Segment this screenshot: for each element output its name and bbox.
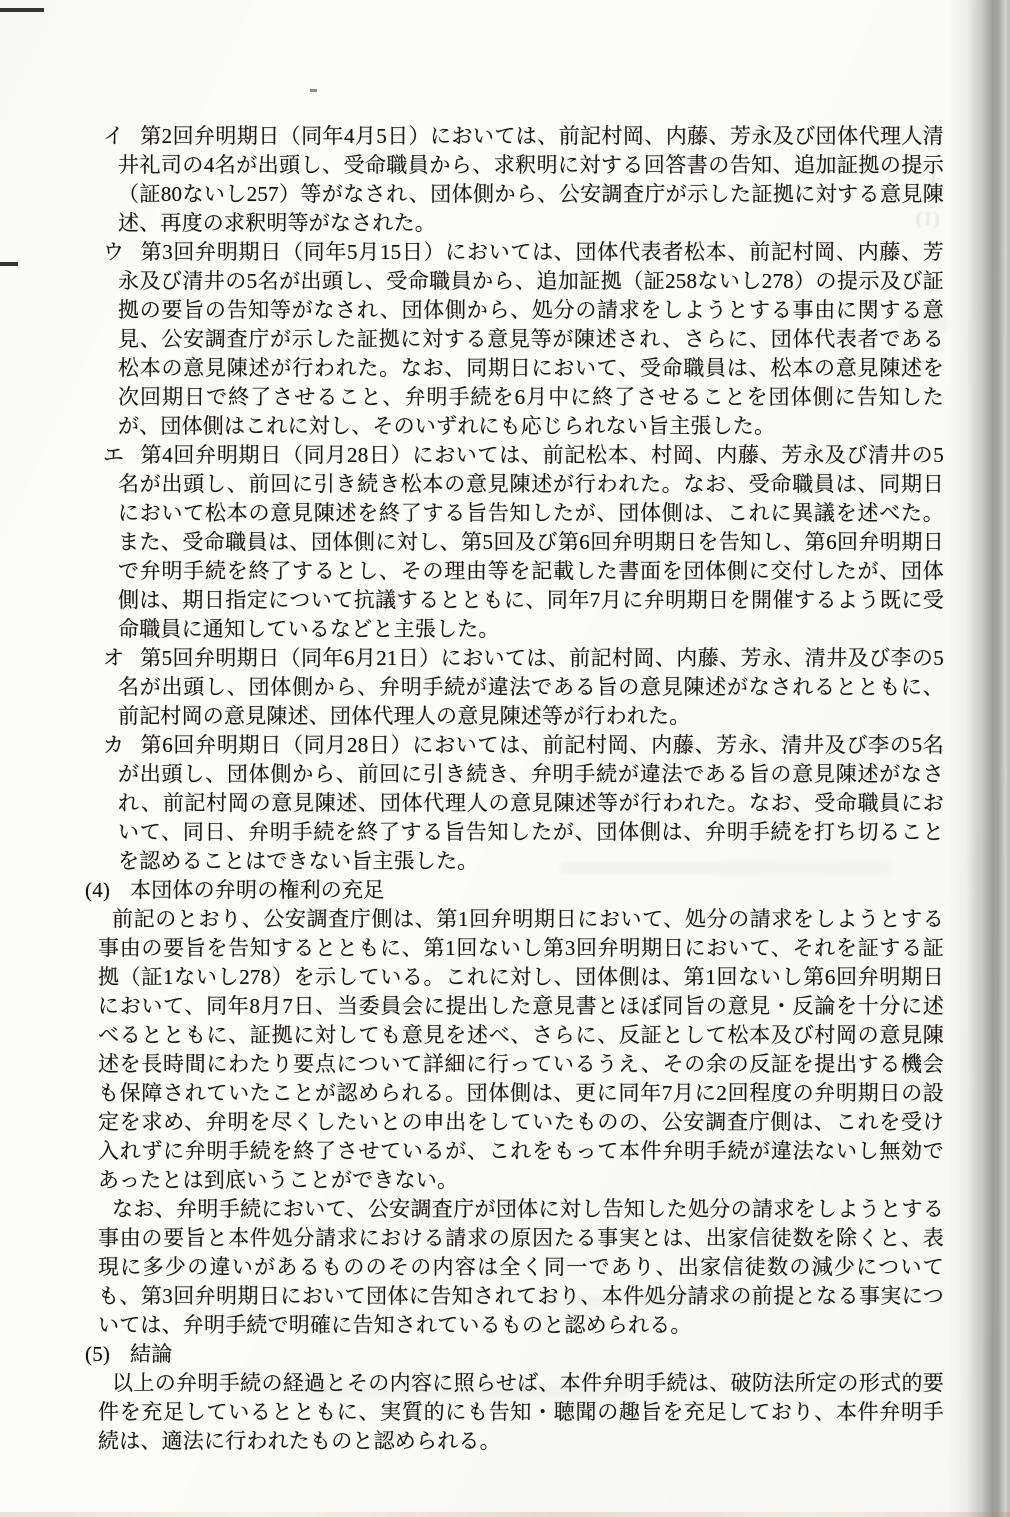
section-marker: (5) — [85, 1340, 130, 1369]
scan-artifact-dash — [0, 8, 44, 12]
document-text-column: イ第2回弁明期日（同年4月5日）においては、前記村岡、内藤、芳永及び団体代理人清… — [98, 122, 944, 1456]
list-item-ka: カ第6回弁明期日（同月28日）においては、前記村岡、内藤、芳永、清井及び李の5名… — [118, 731, 944, 876]
scan-bottom-edge — [0, 1512, 1010, 1517]
bleedthrough-smudge — [898, 316, 948, 332]
list-item-marker: オ — [103, 644, 140, 673]
list-item-u: ウ第3回弁明期日（同年5月15日）においては、団体代表者松本、前記村岡、内藤、芳… — [118, 238, 944, 441]
section-marker: (4) — [85, 876, 130, 905]
bleedthrough-smudge — [540, 1296, 840, 1307]
scanned-document-page: イ第2回弁明期日（同年4月5日）においては、前記村岡、内藤、芳永及び団体代理人清… — [0, 0, 1010, 1517]
list-item-text: 第4回弁明期日（同月28日）においては、前記松本、村岡、内藤、芳永及び清井の5名… — [118, 443, 944, 641]
paragraph: 前記のとおり、公安調査庁側は、第1回弁明期日において、処分の請求をしようとする事… — [98, 905, 944, 1195]
bleedthrough-ghost-text: 2 — [916, 124, 927, 147]
list-item-i: イ第2回弁明期日（同年4月5日）においては、前記村岡、内藤、芳永及び団体代理人清… — [118, 122, 944, 238]
bleedthrough-smudge — [300, 1385, 630, 1397]
list-item-marker: エ — [103, 441, 140, 470]
list-item-e: エ第4回弁明期日（同月28日）においては、前記松本、村岡、内藤、芳永及び清井の5… — [118, 441, 944, 644]
list-item-o: オ第5回弁明期日（同年6月21日）においては、前記村岡、内藤、芳永、清井及び李の… — [118, 644, 944, 731]
section-heading-text: 結論 — [130, 1342, 172, 1366]
list-item-text: 第6回弁明期日（同月28日）においては、前記村岡、内藤、芳永、清井及び李の5名が… — [118, 733, 944, 873]
section-heading-4: (4)本団体の弁明の権利の充足 — [85, 876, 944, 905]
page-binding-shadow — [948, 0, 1010, 1517]
list-item-marker: イ — [103, 122, 140, 151]
list-item-text: 第2回弁明期日（同年4月5日）においては、前記村岡、内藤、芳永及び団体代理人清井… — [118, 124, 944, 235]
paragraph: なお、弁明手続において、公安調査庁が団体に対し告知した処分の請求をしようとする事… — [98, 1195, 944, 1340]
list-item-marker: ウ — [103, 238, 140, 267]
list-item-text: 第5回弁明期日（同年6月21日）においては、前記村岡、内藤、芳永、清井及び李の5… — [118, 646, 944, 728]
list-item-text: 第3回弁明期日（同年5月15日）においては、団体代表者松本、前記村岡、内藤、芳永… — [118, 240, 944, 438]
list-item-marker: カ — [103, 731, 140, 760]
scan-artifact-dash — [0, 262, 18, 266]
section-heading-5: (5)結論 — [85, 1340, 944, 1369]
bleedthrough-smudge — [560, 862, 890, 874]
bleedthrough-ghost-text: (1) — [916, 208, 940, 232]
section-heading-text: 本団体の弁明の権利の充足 — [130, 878, 384, 902]
bleedthrough-ghost-text: 1 — [928, 166, 939, 189]
scan-artifact-speck — [310, 89, 317, 92]
paragraph: 以上の弁明手続の経過とその内容に照らせば、本件弁明手続は、破防法所定の形式的要件… — [98, 1369, 944, 1456]
